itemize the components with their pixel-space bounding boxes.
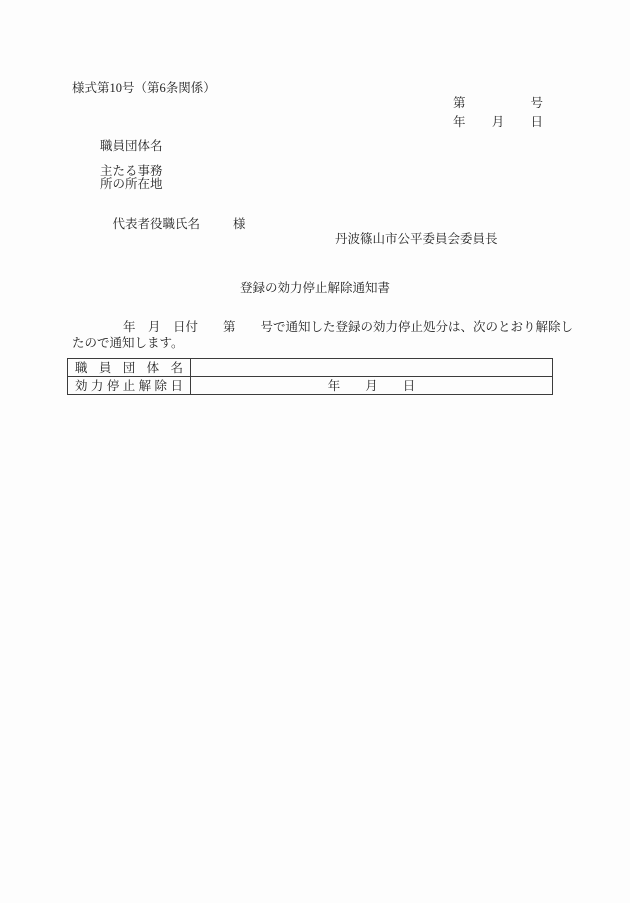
table-row1-label: 職員団体名 [68, 359, 191, 376]
addressee-office-label-line2: 所の所在地 [100, 176, 163, 192]
table-row2-value: 年 月 日 [191, 378, 552, 394]
table-row: 職員団体名 [68, 359, 552, 376]
body-paragraph-line2: たので通知します。 [72, 335, 184, 351]
addressee-org-name-label: 職員団体名 [100, 138, 163, 154]
document-page: 様式第10号（第6条関係） 第 号 年 月 日 職員団体名 主たる事務 所の所在… [0, 0, 630, 903]
notice-table: 職員団体名 効力停止解除日 年 月 日 [67, 358, 553, 395]
date-month-label: 月 [492, 114, 505, 130]
document-title: 登録の効力停止解除通知書 [0, 280, 630, 296]
doc-number-suffix: 号 [530, 95, 543, 111]
date-day-label: 日 [530, 114, 543, 130]
sender-name: 丹波篠山市公平委員会委員長 [335, 231, 498, 247]
representative-label: 代表者役職氏名 [113, 217, 201, 231]
date-line: 年 月 日 [453, 114, 543, 130]
date-year-label: 年 [453, 114, 466, 130]
table-row2-label: 効力停止解除日 [68, 377, 191, 394]
table-row: 効力停止解除日 年 月 日 [68, 376, 552, 394]
form-number: 様式第10号（第6条関係） [72, 80, 216, 96]
body-paragraph-line1: 年 月 日付 第 号で通知した登録の効力停止処分は、次のとおり解除し [72, 319, 573, 335]
addressee-representative-line: 代表者役職氏名様 [100, 200, 246, 248]
doc-number-line: 第 号 [453, 95, 543, 111]
honorific-label: 様 [233, 217, 246, 231]
doc-number-prefix: 第 [453, 95, 466, 111]
